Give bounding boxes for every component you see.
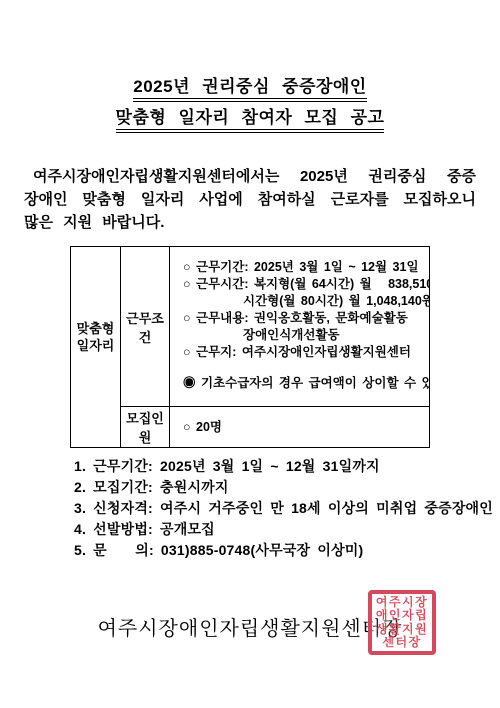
work-content-line2: 장애인식개선활동: [183, 327, 427, 344]
salary-note-line: ◉ 기초수급자의 경우 급여액이 상이할 수 있음.: [183, 375, 427, 392]
recruit-count-value: ○ 20명: [183, 419, 427, 436]
table-row: 맞춤형 일자리 근무조건 ○ 근무기간: 2025년 3월 1일 ~ 12월 3…: [71, 247, 430, 407]
work-place-line: ○ 근무지: 여주시장애인자립생활지원센터: [183, 344, 427, 361]
list-item-eligibility: 3. 신청자격: 여주시 거주중인 만 18세 이상의 미취업 중증장애인: [74, 498, 493, 519]
work-period-line: ○ 근무기간: 2025년 3월 1일 ~ 12월 31일: [183, 259, 427, 276]
notice-title-line1-text: 2025년 권리중심 중증장애인: [133, 77, 366, 102]
stamp-row: 센터장: [375, 636, 429, 649]
work-hours-line: ○ 근무시간: 복지형(월 64시간) 월 838,510원: [183, 276, 427, 293]
recruit-count-header-cell: 모집인원: [121, 407, 170, 448]
intro-paragraph: 여주시장애인자립생활지원센터에서는 2025년 권리중심 중증 장애인 맞춤형 …: [24, 165, 476, 234]
notice-document-page: 2025년 권리중심 중증장애인 맞춤형 일자리 참여자 모집 공고 여주시장애…: [0, 0, 500, 708]
work-condition-content-cell: ○ 근무기간: 2025년 3월 1일 ~ 12월 31일 ○ 근무시간: 복지…: [170, 247, 430, 407]
notice-title-line2: 맞춤형 일자리 참여자 모집 공고: [0, 103, 500, 128]
stamp-row: 애인자립: [375, 609, 429, 622]
work-content-line: ○ 근무내용: 권익옹호활동, 문화예술활동: [183, 310, 427, 327]
details-list: 1. 근무기간: 2025년 3월 1일 ~ 12월 31일까지 2. 모집기간…: [74, 456, 493, 561]
category-line: 일자리: [72, 337, 119, 354]
list-item-contact: 5. 문 의: 031)885-0748(사무국장 이상미): [74, 540, 493, 561]
intro-line: 장애인 맞춤형 일자리 사업에 참여하실 근로자를 모집하오니: [24, 188, 476, 211]
notice-title-line2-text: 맞춤형 일자리 참여자 모집 공고: [116, 108, 385, 133]
list-item-recruit-period: 2. 모집기간: 충원시까지: [74, 477, 493, 498]
intro-line: 많은 지원 바랍니다.: [24, 211, 476, 234]
work-hours-line2: 시간형(월 80시간) 월 1,048,140원: [183, 293, 427, 310]
work-condition-header-cell: 근무조건: [121, 247, 170, 407]
category-line: 맞춤형: [72, 320, 119, 337]
category-cell: 맞춤형 일자리: [71, 247, 121, 448]
list-item-work-period: 1. 근무기간: 2025년 3월 1일 ~ 12월 31일까지: [74, 456, 493, 477]
stamp-row: 생활지원: [375, 623, 429, 636]
table-row: 모집인원 ○ 20명: [71, 407, 430, 448]
notice-title-line1: 2025년 권리중심 중증장애인: [0, 72, 500, 97]
recruit-count-value-cell: ○ 20명: [170, 407, 430, 448]
intro-line: 여주시장애인자립생활지원센터에서는 2025년 권리중심 중증: [24, 165, 476, 188]
list-item-selection-method: 4. 선발방법: 공개모집: [74, 519, 493, 540]
recruitment-table: 맞춤형 일자리 근무조건 ○ 근무기간: 2025년 3월 1일 ~ 12월 3…: [70, 246, 430, 448]
official-seal-stamp: 여주시장 애인자립 생활지원 센터장: [368, 590, 436, 655]
